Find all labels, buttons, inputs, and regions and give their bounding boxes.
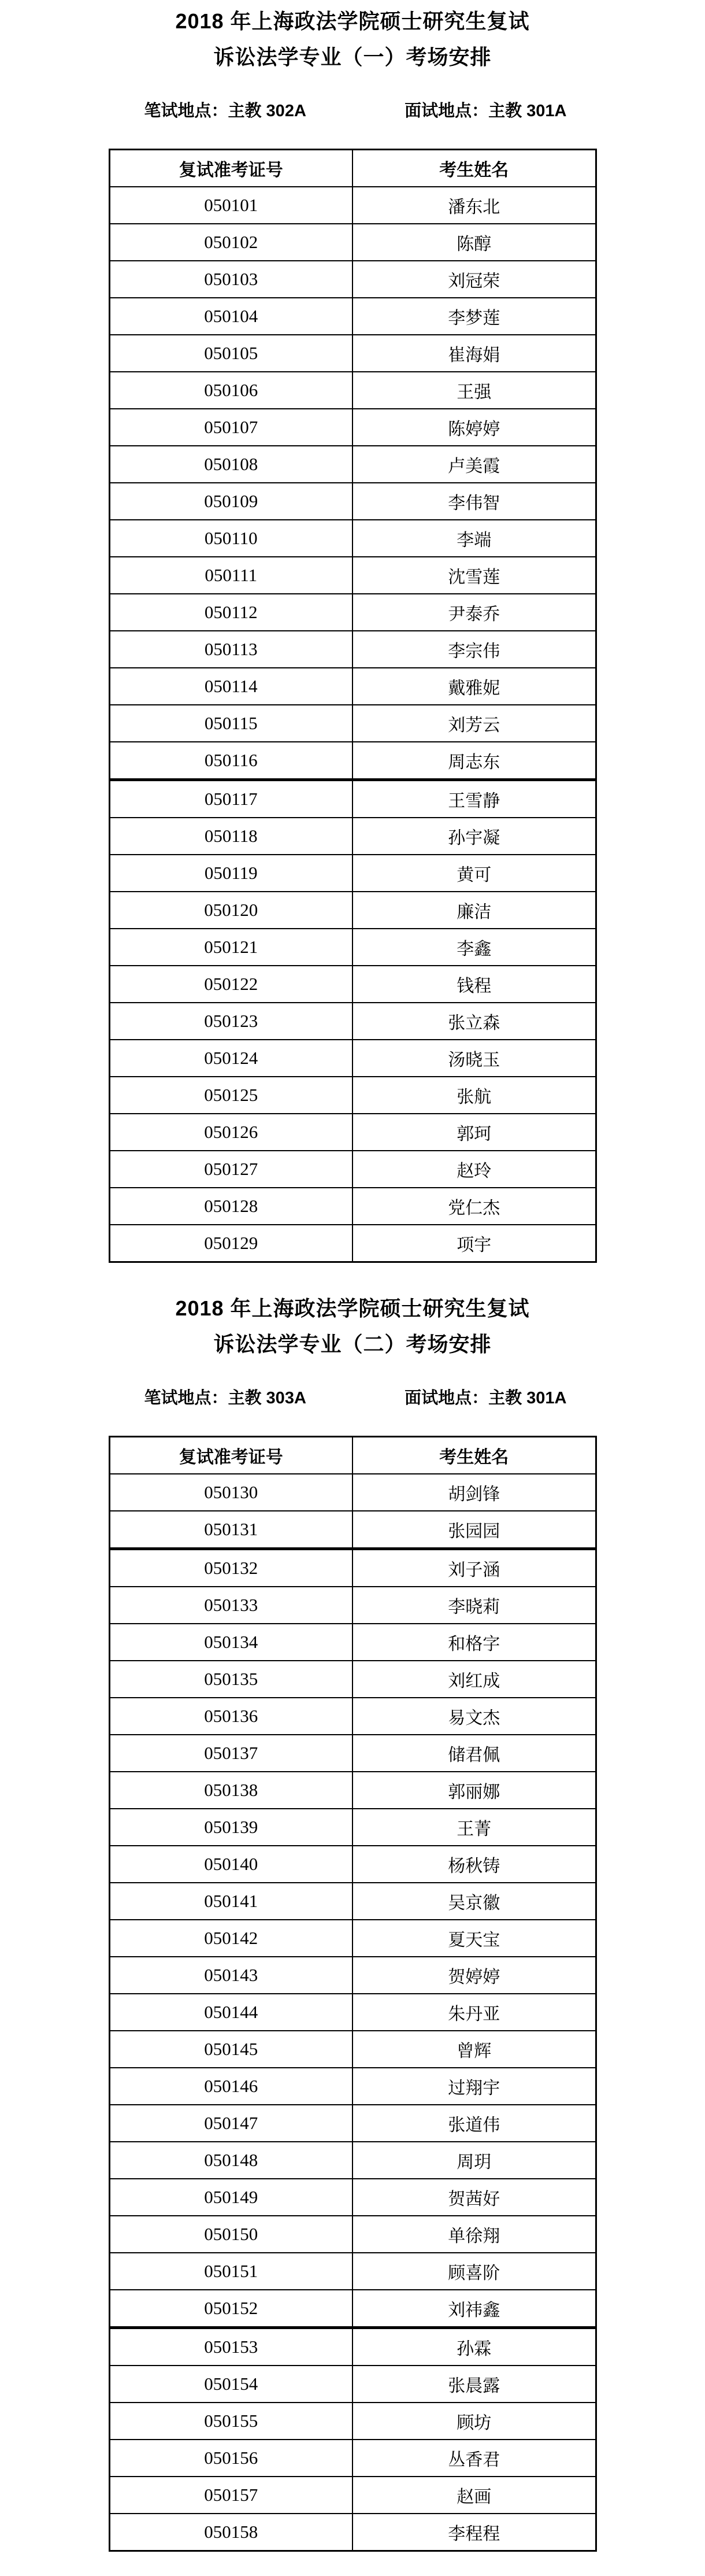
- candidate-id: 050117: [109, 780, 352, 818]
- section-subtitle: 诉讼法学专业（一）考场安排: [0, 44, 705, 71]
- candidate-id: 050102: [109, 224, 352, 261]
- table-row: 050118孙宇凝: [109, 818, 596, 855]
- candidate-name: 李宗伟: [352, 631, 596, 668]
- candidate-name: 党仁杰: [352, 1188, 596, 1225]
- table-row: 050101潘东北: [109, 187, 596, 224]
- section-subtitle: 诉讼法学专业（二）考场安排: [0, 1331, 705, 1358]
- table-row: 050137储君佩: [109, 1735, 596, 1772]
- candidate-name: 李伟智: [352, 483, 596, 520]
- page-title: 2018 年上海政法学院硕士研究生复试: [0, 1295, 705, 1322]
- candidate-id: 050118: [109, 818, 352, 855]
- candidate-id: 050154: [109, 2366, 352, 2403]
- candidate-id: 050132: [109, 1549, 352, 1587]
- table-row: 050153孙霖: [109, 2328, 596, 2366]
- table-row: 050134和格字: [109, 1624, 596, 1661]
- table-row: 050133李晓莉: [109, 1587, 596, 1624]
- candidate-id: 050139: [109, 1809, 352, 1846]
- column-header-candidate-name: 考生姓名: [352, 1437, 596, 1474]
- candidate-name: 孙宇凝: [352, 818, 596, 855]
- page-title: 2018 年上海政法学院硕士研究生复试: [0, 8, 705, 35]
- candidate-name: 李程程: [352, 2514, 596, 2551]
- candidate-name: 曾辉: [352, 2031, 596, 2068]
- candidate-name: 吴京徽: [352, 1883, 596, 1920]
- table-row: 050129项宇: [109, 1225, 596, 1262]
- table-row: 050151顾喜阶: [109, 2253, 596, 2290]
- candidate-name: 夏天宝: [352, 1920, 596, 1957]
- candidate-id: 050126: [109, 1114, 352, 1151]
- candidate-name: 朱丹亚: [352, 1994, 596, 2031]
- candidate-name: 张道伟: [352, 2105, 596, 2142]
- candidate-name: 戴雅妮: [352, 668, 596, 705]
- table-row: 050113李宗伟: [109, 631, 596, 668]
- candidate-name: 王菁: [352, 1809, 596, 1846]
- table-row: 050108卢美霞: [109, 446, 596, 483]
- candidate-name: 刘祎鑫: [352, 2290, 596, 2328]
- table-row: 050135刘红成: [109, 1661, 596, 1698]
- table-row: 050103刘冠荣: [109, 261, 596, 298]
- candidate-name: 陈婷婷: [352, 409, 596, 446]
- candidate-name: 单徐翔: [352, 2216, 596, 2253]
- candidate-id: 050137: [109, 1735, 352, 1772]
- candidate-name: 陈醇: [352, 224, 596, 261]
- candidate-roster-table-1: 复试准考证号 考生姓名 050101潘东北050102陈醇050103刘冠荣05…: [109, 149, 597, 1263]
- candidate-name: 郭珂: [352, 1114, 596, 1151]
- table-header: 复试准考证号 考生姓名: [109, 150, 596, 187]
- candidate-name: 张航: [352, 1077, 596, 1114]
- candidate-id: 050110: [109, 520, 352, 557]
- table-row: 050140杨秋铸: [109, 1846, 596, 1883]
- candidate-id: 050104: [109, 298, 352, 335]
- candidate-id: 050105: [109, 335, 352, 372]
- candidate-id: 050112: [109, 594, 352, 631]
- candidate-id: 050109: [109, 483, 352, 520]
- table-row: 050117王雪静: [109, 780, 596, 818]
- candidate-name: 孙霖: [352, 2328, 596, 2366]
- exam-locations: 笔试地点：主教 302A 面试地点：主教 301A: [109, 99, 597, 123]
- candidate-name: 和格字: [352, 1624, 596, 1661]
- table-row: 050157赵画: [109, 2477, 596, 2514]
- table-row: 050114戴雅妮: [109, 668, 596, 705]
- candidate-id: 050116: [109, 742, 352, 780]
- table-row: 050126郭珂: [109, 1114, 596, 1151]
- candidate-id: 050146: [109, 2068, 352, 2105]
- table-row: 050145曾辉: [109, 2031, 596, 2068]
- candidate-name: 胡剑锋: [352, 1474, 596, 1511]
- candidate-id: 050131: [109, 1511, 352, 1549]
- candidate-id: 050148: [109, 2142, 352, 2179]
- table-row: 050119黄可: [109, 855, 596, 892]
- candidate-id: 050155: [109, 2403, 352, 2440]
- candidate-id: 050128: [109, 1188, 352, 1225]
- table-header: 复试准考证号 考生姓名: [109, 1437, 596, 1474]
- candidate-id: 050107: [109, 409, 352, 446]
- table-row: 050102陈醇: [109, 224, 596, 261]
- table-row: 050107陈婷婷: [109, 409, 596, 446]
- candidate-name: 李端: [352, 520, 596, 557]
- candidate-name: 杨秋铸: [352, 1846, 596, 1883]
- written-exam-location: 笔试地点：主教 303A: [144, 1387, 306, 1410]
- candidate-name: 贺婷婷: [352, 1957, 596, 1994]
- table-row: 050124汤晓玉: [109, 1040, 596, 1077]
- column-header-candidate-name: 考生姓名: [352, 150, 596, 187]
- candidate-name: 顾喜阶: [352, 2253, 596, 2290]
- table-row: 050149贺茜好: [109, 2179, 596, 2216]
- table-row: 050139王菁: [109, 1809, 596, 1846]
- table-row: 050143贺婷婷: [109, 1957, 596, 1994]
- candidate-name: 李晓莉: [352, 1587, 596, 1624]
- candidate-roster-table-2: 复试准考证号 考生姓名 050130胡剑锋050131张园园050132刘子涵0…: [109, 1436, 597, 2552]
- table-row: 050154张晨露: [109, 2366, 596, 2403]
- candidate-name: 赵画: [352, 2477, 596, 2514]
- table-row: 050155顾坊: [109, 2403, 596, 2440]
- table-row: 050115刘芳云: [109, 705, 596, 742]
- candidate-id: 050151: [109, 2253, 352, 2290]
- candidate-id: 050122: [109, 966, 352, 1003]
- candidate-id: 050121: [109, 929, 352, 966]
- candidate-name: 潘东北: [352, 187, 596, 224]
- candidate-id: 050156: [109, 2440, 352, 2477]
- candidate-id: 050125: [109, 1077, 352, 1114]
- candidate-id: 050115: [109, 705, 352, 742]
- table-row: 050148周玥: [109, 2142, 596, 2179]
- candidate-id: 050157: [109, 2477, 352, 2514]
- table-row: 050136易文杰: [109, 1698, 596, 1735]
- table-row: 050111沈雪莲: [109, 557, 596, 594]
- candidate-id: 050135: [109, 1661, 352, 1698]
- table-row: 050110李端: [109, 520, 596, 557]
- table-row: 050131张园园: [109, 1511, 596, 1549]
- candidate-name: 尹泰乔: [352, 594, 596, 631]
- table-row: 050122钱程: [109, 966, 596, 1003]
- candidate-id: 050145: [109, 2031, 352, 2068]
- candidate-name: 钱程: [352, 966, 596, 1003]
- exam-locations: 笔试地点：主教 303A 面试地点：主教 301A: [109, 1387, 597, 1410]
- interview-location: 面试地点：主教 301A: [405, 1387, 566, 1410]
- candidate-id: 050158: [109, 2514, 352, 2551]
- candidate-id: 050130: [109, 1474, 352, 1511]
- table-row: 050158李程程: [109, 2514, 596, 2551]
- table-header-row: 复试准考证号 考生姓名: [109, 1437, 596, 1474]
- candidate-id: 050129: [109, 1225, 352, 1262]
- candidate-name: 廉洁: [352, 892, 596, 929]
- candidate-id: 050123: [109, 1003, 352, 1040]
- section-proceedings-law-1: 2018 年上海政法学院硕士研究生复试 诉讼法学专业（一）考场安排 笔试地点：主…: [0, 8, 705, 1263]
- candidate-name: 刘芳云: [352, 705, 596, 742]
- candidate-name: 周志东: [352, 742, 596, 780]
- table-row: 050125张航: [109, 1077, 596, 1114]
- candidate-name: 沈雪莲: [352, 557, 596, 594]
- table-row: 050128党仁杰: [109, 1188, 596, 1225]
- table-row: 050150单徐翔: [109, 2216, 596, 2253]
- candidate-name: 张园园: [352, 1511, 596, 1549]
- candidate-name: 李梦莲: [352, 298, 596, 335]
- candidate-name: 丛香君: [352, 2440, 596, 2477]
- table-row: 050112尹泰乔: [109, 594, 596, 631]
- table-body: 050101潘东北050102陈醇050103刘冠荣050104李梦莲05010…: [109, 187, 596, 1262]
- candidate-name: 易文杰: [352, 1698, 596, 1735]
- table-row: 050120廉洁: [109, 892, 596, 929]
- candidate-id: 050101: [109, 187, 352, 224]
- candidate-id: 050147: [109, 2105, 352, 2142]
- candidate-id: 050113: [109, 631, 352, 668]
- candidate-name: 汤晓玉: [352, 1040, 596, 1077]
- candidate-id: 050150: [109, 2216, 352, 2253]
- candidate-id: 050153: [109, 2328, 352, 2366]
- table-row: 050106王强: [109, 372, 596, 409]
- candidate-name: 郭丽娜: [352, 1772, 596, 1809]
- table-row: 050121李鑫: [109, 929, 596, 966]
- candidate-name: 过翔宇: [352, 2068, 596, 2105]
- candidate-id: 050136: [109, 1698, 352, 1735]
- column-header-admission-number: 复试准考证号: [109, 1437, 352, 1474]
- exam-schedule-document: 2018 年上海政法学院硕士研究生复试 诉讼法学专业（一）考场安排 笔试地点：主…: [0, 0, 705, 2552]
- candidate-name: 张晨露: [352, 2366, 596, 2403]
- candidate-name: 储君佩: [352, 1735, 596, 1772]
- candidate-name: 王雪静: [352, 780, 596, 818]
- candidate-name: 周玥: [352, 2142, 596, 2179]
- candidate-id: 050114: [109, 668, 352, 705]
- candidate-id: 050103: [109, 261, 352, 298]
- candidate-name: 李鑫: [352, 929, 596, 966]
- candidate-id: 050106: [109, 372, 352, 409]
- table-row: 050141吴京徽: [109, 1883, 596, 1920]
- candidate-id: 050141: [109, 1883, 352, 1920]
- candidate-id: 050133: [109, 1587, 352, 1624]
- candidate-name: 顾坊: [352, 2403, 596, 2440]
- candidate-name: 赵玲: [352, 1151, 596, 1188]
- candidate-id: 050120: [109, 892, 352, 929]
- column-header-admission-number: 复试准考证号: [109, 150, 352, 187]
- candidate-id: 050140: [109, 1846, 352, 1883]
- candidate-id: 050127: [109, 1151, 352, 1188]
- table-row: 050138郭丽娜: [109, 1772, 596, 1809]
- table-row: 050142夏天宝: [109, 1920, 596, 1957]
- table-row: 050144朱丹亚: [109, 1994, 596, 2031]
- candidate-name: 刘冠荣: [352, 261, 596, 298]
- candidate-name: 项宇: [352, 1225, 596, 1262]
- table-row: 050130胡剑锋: [109, 1474, 596, 1511]
- candidate-name: 王强: [352, 372, 596, 409]
- candidate-id: 050124: [109, 1040, 352, 1077]
- table-row: 050146过翔宇: [109, 2068, 596, 2105]
- table-row: 050127赵玲: [109, 1151, 596, 1188]
- table-row: 050156丛香君: [109, 2440, 596, 2477]
- table-row: 050132刘子涵: [109, 1549, 596, 1587]
- candidate-id: 050138: [109, 1772, 352, 1809]
- table-body: 050130胡剑锋050131张园园050132刘子涵050133李晓莉0501…: [109, 1474, 596, 2551]
- table-row: 050147张道伟: [109, 2105, 596, 2142]
- candidate-id: 050144: [109, 1994, 352, 2031]
- candidate-name: 张立森: [352, 1003, 596, 1040]
- interview-location: 面试地点：主教 301A: [405, 99, 566, 123]
- candidate-name: 崔海娟: [352, 335, 596, 372]
- candidate-id: 050134: [109, 1624, 352, 1661]
- candidate-name: 刘红成: [352, 1661, 596, 1698]
- table-row: 050152刘祎鑫: [109, 2290, 596, 2328]
- table-row: 050116周志东: [109, 742, 596, 780]
- candidate-id: 050142: [109, 1920, 352, 1957]
- candidate-id: 050143: [109, 1957, 352, 1994]
- candidate-name: 贺茜好: [352, 2179, 596, 2216]
- table-row: 050109李伟智: [109, 483, 596, 520]
- table-header-row: 复试准考证号 考生姓名: [109, 150, 596, 187]
- table-row: 050105崔海娟: [109, 335, 596, 372]
- candidate-name: 黄可: [352, 855, 596, 892]
- candidate-id: 050111: [109, 557, 352, 594]
- candidate-id: 050152: [109, 2290, 352, 2328]
- table-row: 050123张立森: [109, 1003, 596, 1040]
- candidate-id: 050108: [109, 446, 352, 483]
- candidate-id: 050149: [109, 2179, 352, 2216]
- section-proceedings-law-2: 2018 年上海政法学院硕士研究生复试 诉讼法学专业（二）考场安排 笔试地点：主…: [0, 1295, 705, 2552]
- candidate-name: 卢美霞: [352, 446, 596, 483]
- candidate-name: 刘子涵: [352, 1549, 596, 1587]
- table-row: 050104李梦莲: [109, 298, 596, 335]
- written-exam-location: 笔试地点：主教 302A: [144, 99, 306, 123]
- candidate-id: 050119: [109, 855, 352, 892]
